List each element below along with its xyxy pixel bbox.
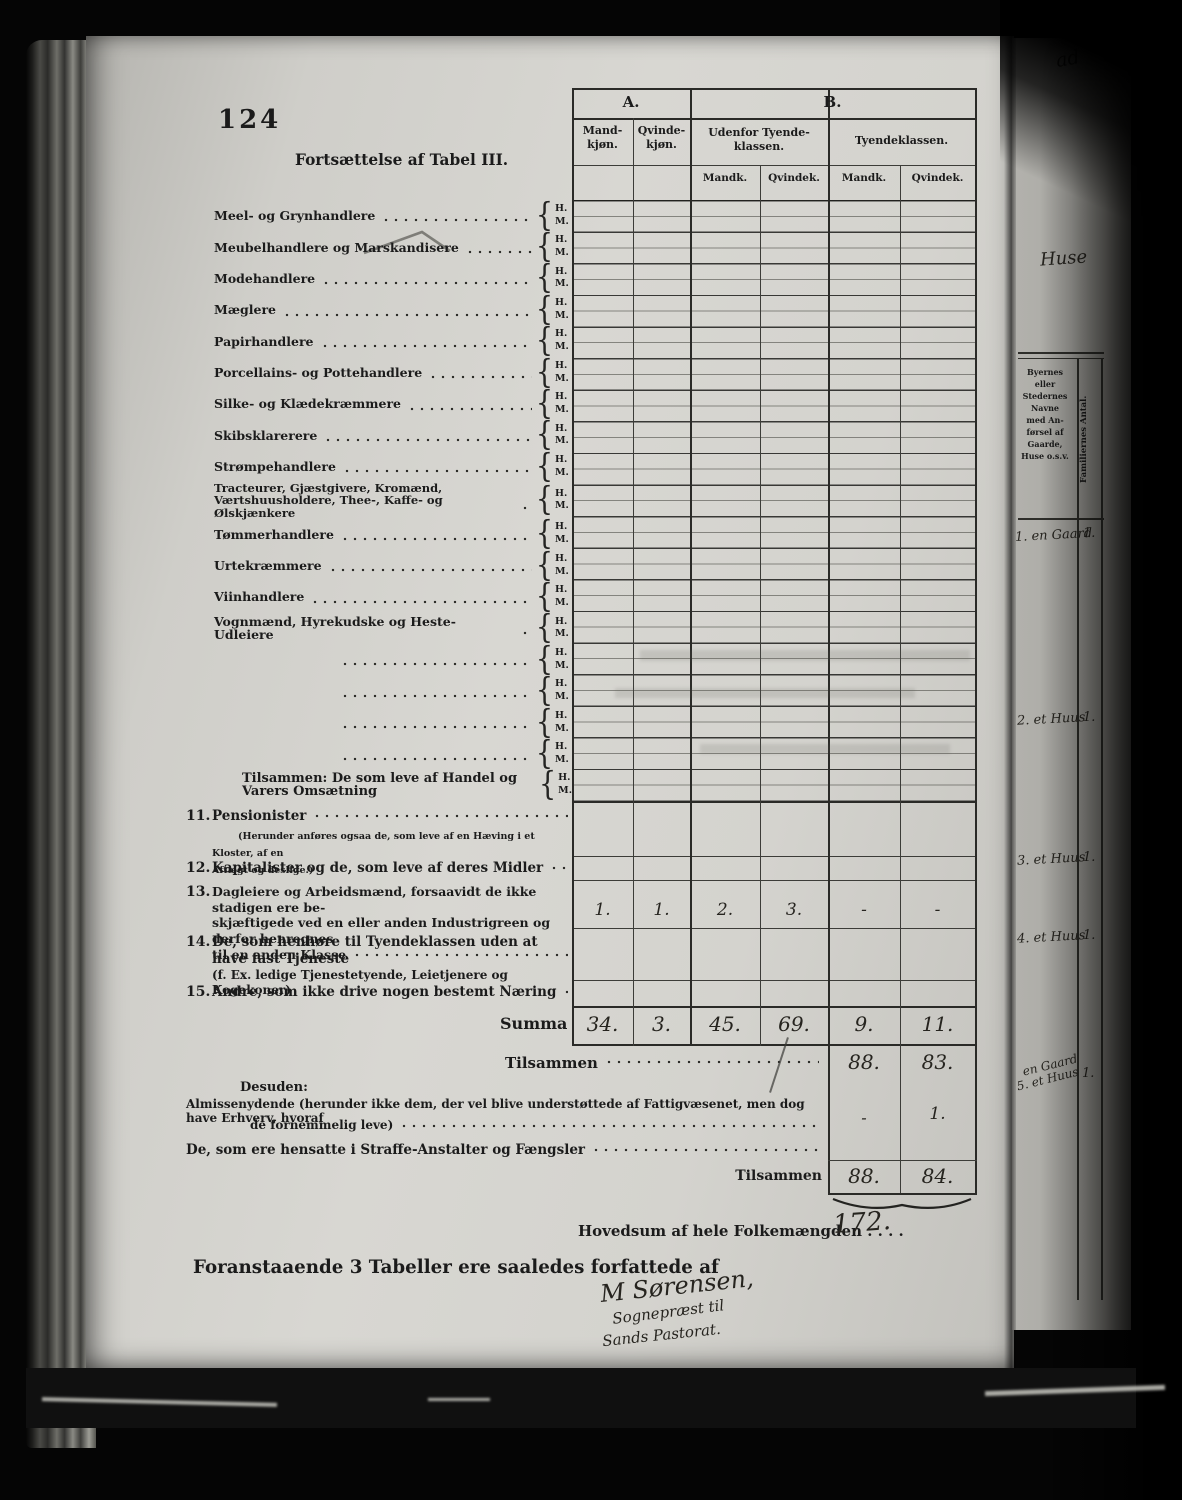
summa-values: 34. 3. 45. 69. 9. 11. — [572, 1012, 975, 1036]
dot-leader — [312, 808, 568, 818]
dot-leader — [340, 751, 532, 761]
dot-leader — [340, 531, 532, 541]
desuden-label: Desuden: — [240, 1080, 308, 1095]
right-shadow — [1040, 0, 1182, 1500]
occupation-row-blank: {H.M. — [196, 707, 572, 738]
grid-line — [900, 165, 901, 1195]
column-header-tyendeklassen: Tyendeklassen. — [828, 134, 975, 147]
item-12: 12. Kapitalister og de, som leve af dere… — [186, 860, 572, 879]
column-group-b: B. — [690, 93, 975, 111]
dot-leader — [328, 562, 532, 572]
dot-leader — [520, 625, 532, 635]
dot-leader — [407, 401, 532, 411]
attestation-line: Foranstaaende 3 Tabeller ere saaledes fo… — [193, 1256, 719, 1278]
grid-line — [828, 1160, 977, 1161]
subcolumn-mandk: Mandk. — [828, 172, 900, 184]
dot-leader — [340, 719, 532, 729]
item-15: 15. Andre, som ikke drive nogen bestemt … — [186, 984, 572, 1003]
dot-leader — [428, 369, 532, 379]
occupation-list: Meel- og Grynhandlere{H.M. Meubelhandler… — [196, 200, 572, 801]
almisse-mandk: - — [828, 1108, 900, 1127]
occupation-row: Meel- og Grynhandlere{H.M. — [196, 200, 572, 231]
dot-leader — [342, 463, 532, 473]
tilsammen-row-2-label: Tilsammen — [700, 1168, 822, 1184]
page-edge-highlight — [428, 1398, 490, 1401]
occupation-row: Viinhandlere{H.M. — [196, 581, 572, 612]
grid-line — [828, 1193, 977, 1195]
occupation-row-blank: {H.M. — [196, 644, 572, 675]
dot-leader — [282, 307, 532, 317]
grid-line — [975, 88, 977, 1195]
tilsammen1-mandk: 88. — [828, 1050, 900, 1074]
straffe-line: De, som ere hensatte i Straffe-Anstalter… — [186, 1142, 824, 1161]
ink-bleed — [640, 650, 970, 661]
occupation-row: Silke- og Klædekræmmere{H.M. — [196, 388, 572, 419]
dot-leader — [381, 212, 531, 222]
occupation-row-blank: {H.M. — [196, 738, 572, 769]
dot-leader — [562, 984, 568, 994]
occupation-row: Papirhandlere{H.M. — [196, 326, 572, 357]
column-header-udenfor-tyendeklassen: Udenfor Tyende-klassen. — [690, 126, 828, 155]
dot-leader — [323, 432, 531, 442]
hovedsum-value: 172. — [832, 1206, 892, 1240]
occupation-row: Tracteurer, Gjæstgivere, Kromænd, Værtsh… — [196, 482, 572, 518]
dot-leader — [340, 688, 532, 698]
almisse-line2: de fornemmelig leve) — [250, 1118, 824, 1137]
item-13-values: 1. 1. 2. 3. - - — [572, 900, 975, 920]
dot-leader — [321, 275, 532, 285]
column-header-mandkjon: Mand-kjøn. — [572, 124, 633, 153]
dot-leader — [320, 338, 532, 348]
dot-leader — [340, 656, 532, 666]
occupation-row: Meubelhandlere og Marskandisere{H.M. — [196, 231, 572, 262]
ink-bleed — [700, 744, 950, 754]
occupation-total-row: Tilsammen: De som leve af Handel og Vare… — [196, 770, 572, 801]
summa-label: Summa — [500, 1014, 566, 1033]
bottom-shadow-band — [26, 1368, 1136, 1428]
dot-leader — [604, 1054, 819, 1064]
dot-leader — [399, 1118, 820, 1128]
tilsammen2-qvindek: 84. — [900, 1164, 975, 1188]
dot-leader — [591, 1142, 820, 1152]
page-number: 124 — [218, 105, 281, 135]
tilsammen2-mandk: 88. — [828, 1164, 900, 1188]
occupation-row: Vognmænd, Hyrekudske og Heste-Udleiere{H… — [196, 613, 572, 644]
occupation-row: Tømmerhandlere{H.M. — [196, 519, 572, 550]
subcolumn-qvindek: Qvindek. — [760, 172, 828, 184]
occupation-row: Urtekræmmere{H.M. — [196, 550, 572, 581]
tilsammen1-qvindek: 83. — [900, 1050, 975, 1074]
subcolumn-mandk: Mandk. — [690, 172, 760, 184]
scanned-census-page: 124 Fortsættelse af Tabel III. A. B. Man… — [0, 0, 1182, 1500]
grid-line — [572, 88, 977, 90]
ink-bleed — [615, 688, 915, 698]
dot-leader — [520, 500, 532, 510]
column-group-a: A. — [572, 93, 690, 111]
occupation-row: Porcellains- og Pottehandlere{H.M. — [196, 357, 572, 388]
almisse-qvindek: 1. — [900, 1104, 975, 1124]
dot-leader — [549, 860, 568, 870]
dot-leader — [310, 594, 531, 604]
page-title: Fortsættelse af Tabel III. — [295, 150, 508, 169]
subcolumn-qvindek: Qvindek. — [900, 172, 975, 184]
occupation-row-blank: {H.M. — [196, 675, 572, 706]
column-header-qvindekjon: Qvinde-kjøn. — [633, 124, 690, 153]
occupation-row: Modehandlere{H.M. — [196, 263, 572, 294]
dot-leader — [465, 244, 532, 254]
occupation-row: Mæglere{H.M. — [196, 294, 572, 325]
occupation-row: Skibsklarerere{H.M. — [196, 420, 572, 451]
occupation-row: Strømpehandlere{H.M. — [196, 451, 572, 482]
